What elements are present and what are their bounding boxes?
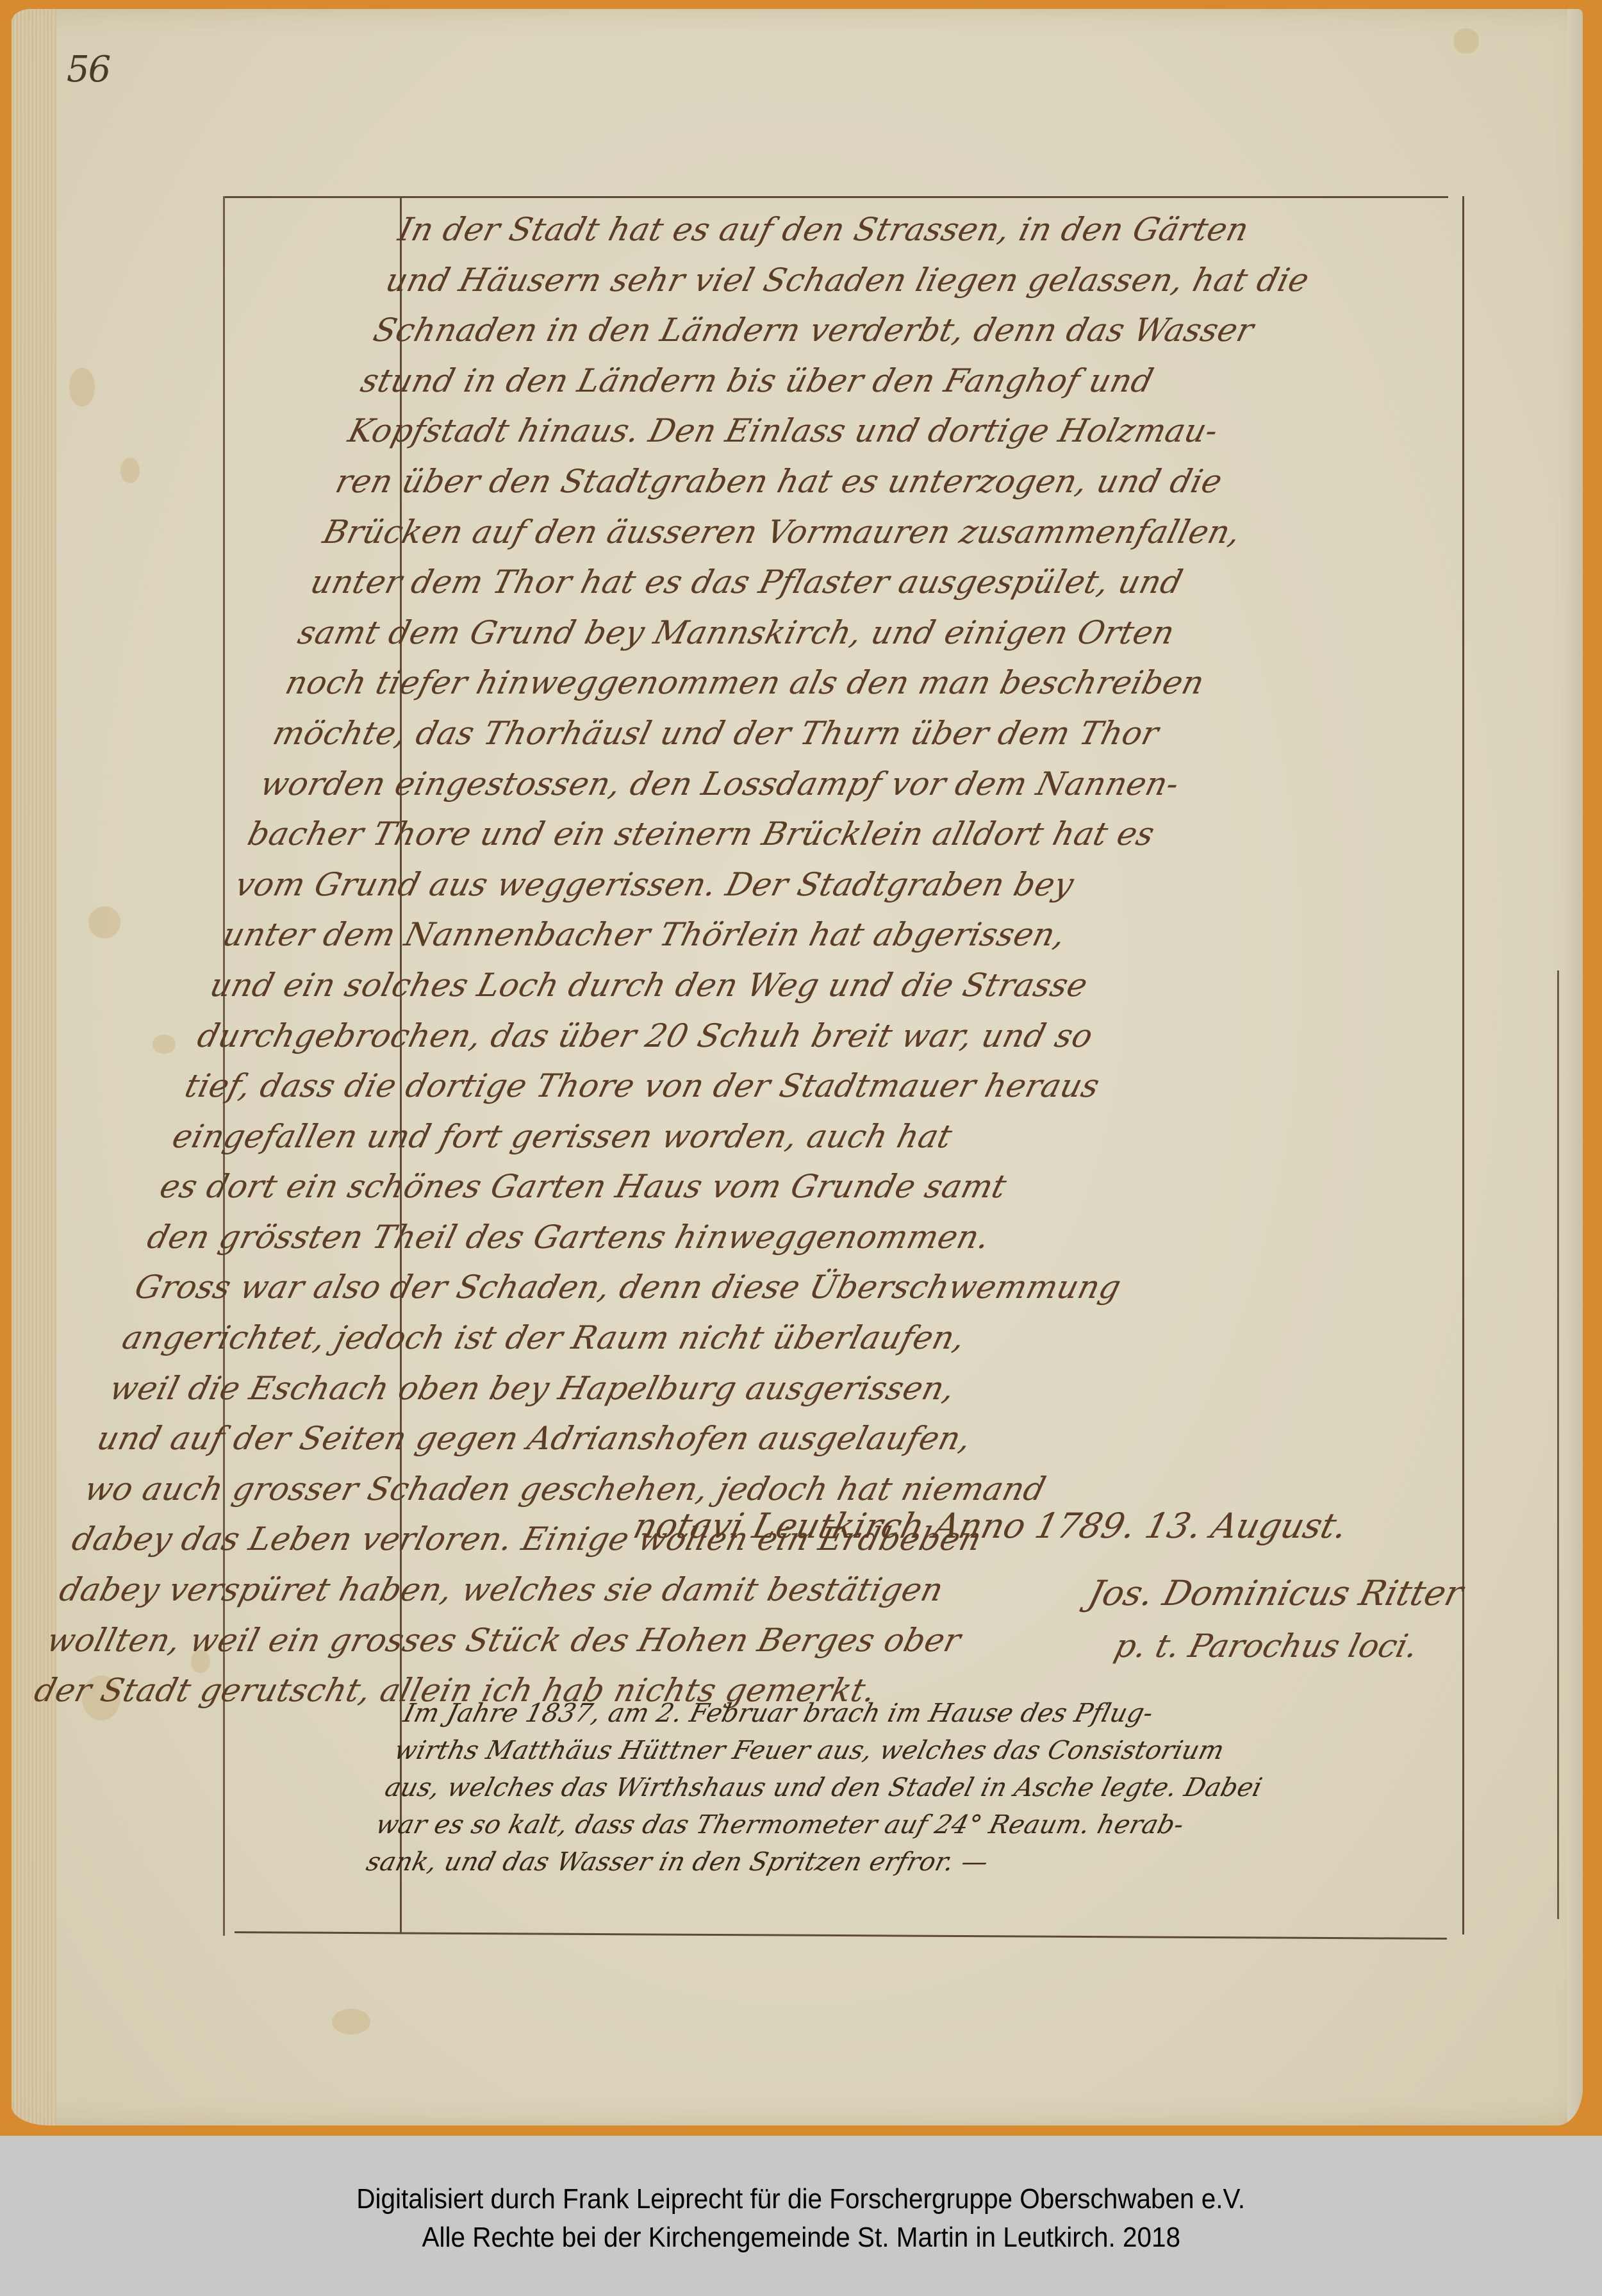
foxing-stain [69, 368, 95, 406]
entry-1789-text: In der Stadt hat es auf den Strassen, in… [29, 204, 1508, 1716]
outer-right-margin-rule [1557, 970, 1559, 1919]
signature-name: Jos. Dominicus Ritter [1084, 1573, 1467, 1613]
digitization-caption: Digitalisiert durch Frank Leiprecht für … [0, 2136, 1602, 2296]
foxing-stain [332, 2009, 370, 2034]
manuscript-line: unter dem Thor hat es das Pflaster ausge… [305, 557, 1420, 608]
caption-line-credit: Digitalisiert durch Frank Leiprecht für … [357, 2180, 1246, 2218]
inner-right-margin-rule [1462, 196, 1464, 1934]
caption-line-rights: Alle Rechte bei der Kirchengemeinde St. … [422, 2218, 1180, 2257]
manuscript-line: Brücken auf den äusseren Vormauren zusam… [318, 507, 1433, 558]
manuscript-line: eingefallen und fort gerissen worden, au… [167, 1111, 1282, 1162]
foxing-stain [120, 458, 140, 483]
frame-top-rule [224, 196, 1448, 198]
manuscript-line: und auf der Seiten gegen Adrianshofen au… [92, 1413, 1207, 1464]
manuscript-line: unter dem Nannenbacher Thörlein hat abge… [217, 910, 1332, 960]
manuscript-line: Im Jahre 1837, am 2. Februar brach im Ha… [400, 1695, 1511, 1732]
manuscript-line: wirths Matthäus Hüttner Feuer aus, welch… [390, 1732, 1501, 1769]
entry-1837-text: Im Jahre 1837, am 2. Februar brach im Ha… [363, 1695, 1511, 1881]
manuscript-line: bacher Thore und ein steinern Brücklein … [242, 809, 1357, 860]
manuscript-line: worden eingestossen, den Lossdampf vor d… [255, 759, 1370, 810]
manuscript-line: sank, und das Wasser in den Spritzen erf… [363, 1843, 1474, 1881]
manuscript-page: 56 In der Stadt hat es auf den Strassen,… [12, 9, 1583, 2125]
frame-bottom-rule [235, 1931, 1447, 1940]
manuscript-line: stund in den Ländern bis über den Fangho… [356, 356, 1471, 406]
manuscript-line: vom Grund aus weggerissen. Der Stadtgrab… [230, 860, 1345, 910]
foxing-stain [153, 1035, 176, 1054]
manuscript-line: samt dem Grund bey Mannskirch, und einig… [293, 608, 1408, 658]
manuscript-line: wollten, weil ein grosses Stück des Hohe… [42, 1615, 1157, 1666]
signature-title: p. t. Parochus loci. [1111, 1627, 1422, 1665]
manuscript-line: war es so kalt, dass das Thermometer auf… [372, 1806, 1483, 1843]
manuscript-line: möchte, das Thorhäusl und der Thurn über… [267, 708, 1382, 759]
manuscript-line: angerichtet, jedoch ist der Raum nicht ü… [117, 1313, 1232, 1363]
foxing-stain [1453, 28, 1479, 54]
manuscript-line: weil die Eschach oben bey Hapelburg ausg… [104, 1363, 1219, 1414]
manuscript-line: In der Stadt hat es auf den Strassen, in… [393, 204, 1508, 255]
manuscript-line: noch tiefer hinweggenommen als den man b… [280, 658, 1395, 708]
manuscript-line: tief, dass die dortige Thore von der Sta… [179, 1061, 1294, 1111]
page-number: 56 [67, 49, 110, 90]
manuscript-line: ren über den Stadtgraben hat es unterzog… [330, 456, 1445, 507]
manuscript-line: und ein solches Loch durch den Weg und d… [204, 960, 1319, 1011]
manuscript-line: aus, welches das Wirthshaus und den Stad… [381, 1769, 1492, 1806]
manuscript-line: durchgebrochen, das über 20 Schuh breit … [192, 1011, 1307, 1061]
manuscript-line: und Häusern sehr viel Schaden liegen gel… [381, 255, 1496, 306]
notation-date: notavi Leutkirch Anno 1789. 13. August. [629, 1506, 1351, 1546]
manuscript-line: Schnaden in den Ländern verderbt, denn d… [368, 305, 1483, 356]
manuscript-line: den grössten Theil des Gartens hinweggen… [142, 1212, 1257, 1263]
page-stack-edge [12, 9, 56, 2125]
manuscript-line: es dort ein schönes Garten Haus vom Grun… [154, 1161, 1269, 1212]
manuscript-line: Gross war also der Schaden, denn diese Ü… [129, 1262, 1244, 1313]
foxing-stain [88, 906, 120, 938]
page-right-edge [1567, 9, 1583, 2125]
manuscript-line: Kopfstadt hinaus. Den Einlass und dortig… [343, 406, 1458, 456]
manuscript-line: dabey verspüret haben, welches sie damit… [54, 1565, 1169, 1615]
